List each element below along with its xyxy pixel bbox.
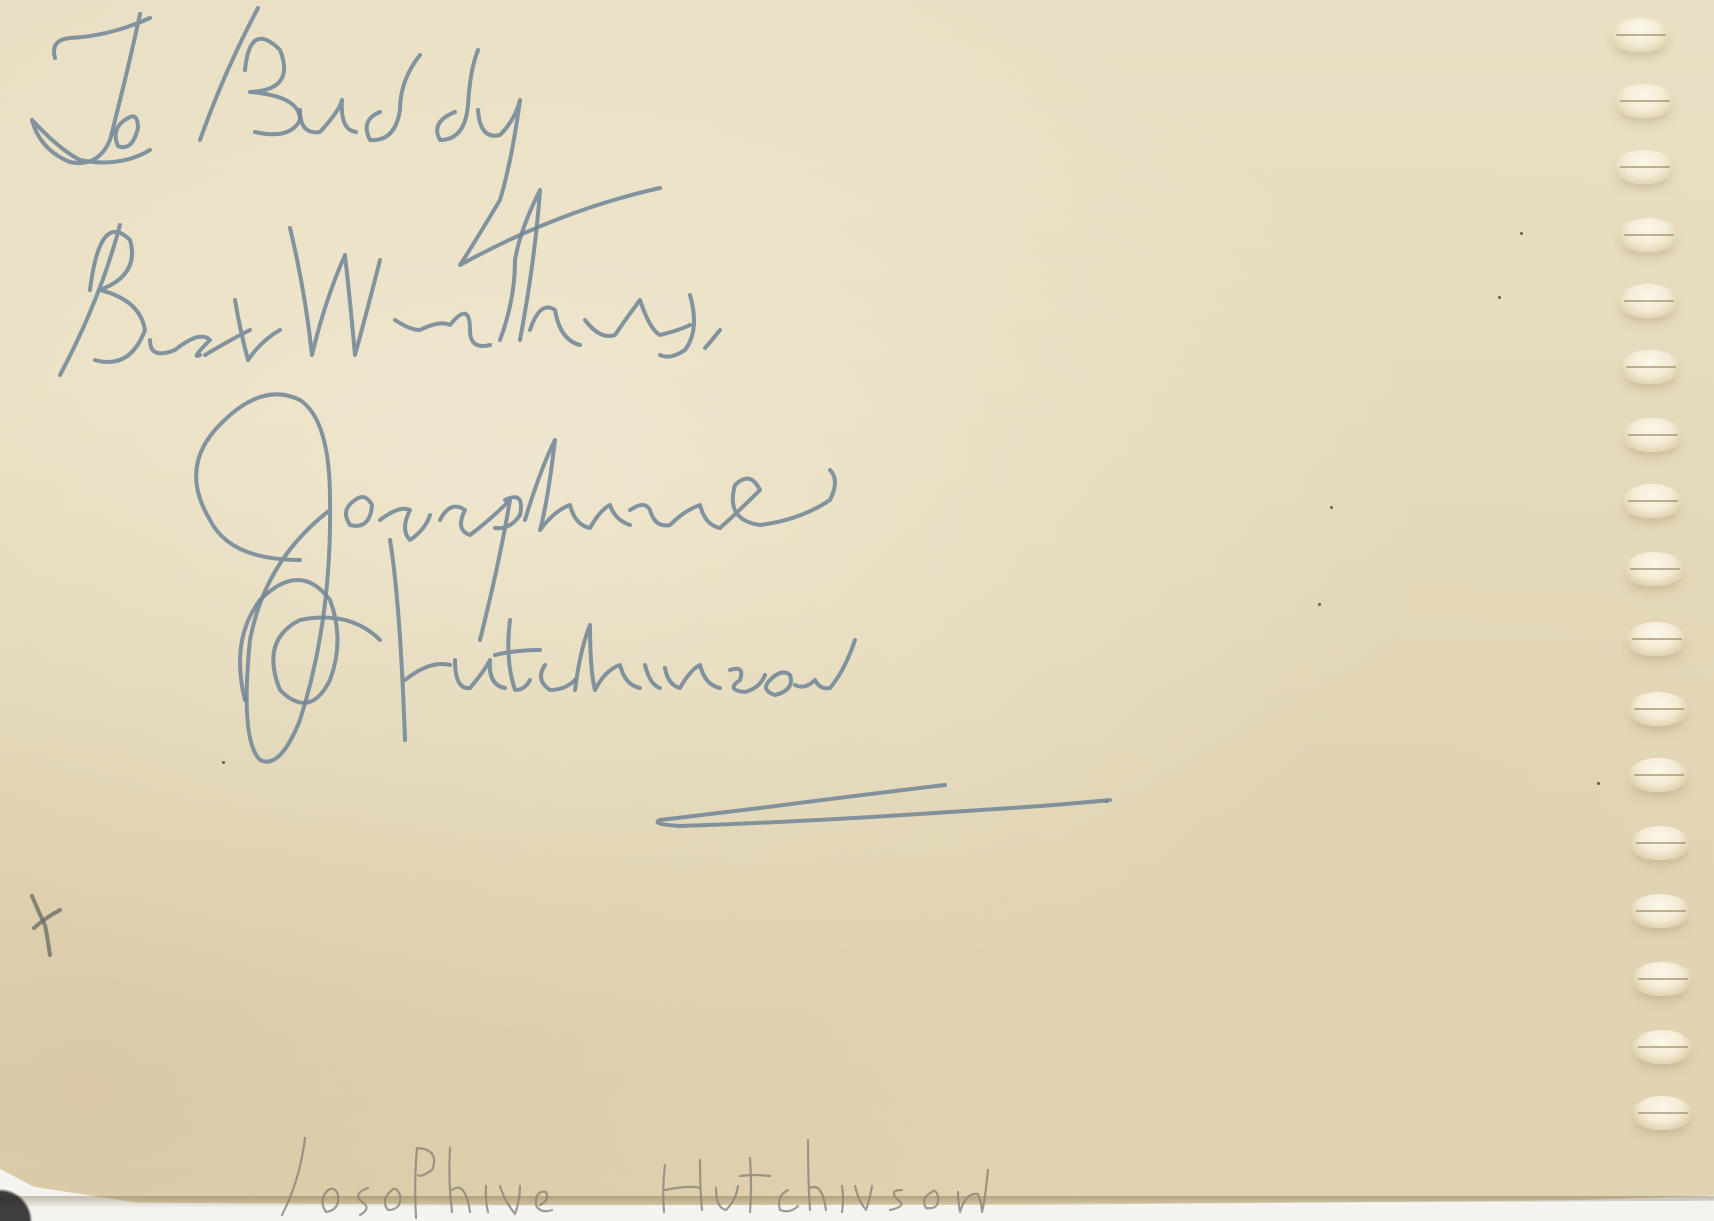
- perforation-hole: [1632, 1030, 1692, 1064]
- paper-speck: [222, 761, 225, 764]
- perforation-hole: [1628, 692, 1688, 726]
- perforation-hole: [1622, 418, 1682, 452]
- paper-speck: [1330, 506, 1333, 509]
- perforation-hole: [1626, 622, 1686, 656]
- perforation-hole: [1632, 1096, 1692, 1130]
- inscription-line-best-wishes: Best Wishes,: [130, 215, 842, 343]
- perforation-hole: [1620, 350, 1680, 384]
- perforation-hole: [1610, 18, 1670, 52]
- perforation-hole: [1624, 552, 1684, 586]
- perforation-hole: [1614, 150, 1674, 184]
- perforation-hole: [1618, 284, 1678, 318]
- paper-speck: [1105, 800, 1108, 803]
- spiral-binding-perforations: [1584, 0, 1714, 1205]
- signature-last-name: Hutchinson: [260, 580, 845, 697]
- perforation-hole: [1614, 84, 1674, 118]
- paper-speck: [1498, 296, 1501, 299]
- perforation-hole: [1630, 826, 1690, 860]
- perforation-hole: [1622, 484, 1682, 518]
- perforation-hole: [1632, 962, 1692, 996]
- perforation-hole: [1628, 758, 1688, 792]
- margin-mark-text: x: [30, 890, 64, 960]
- perforation-hole: [1618, 218, 1678, 252]
- paper-speck: [1520, 232, 1523, 235]
- inscription-line-to-buddy: To Buddy: [70, 20, 638, 159]
- perforation-hole: [1630, 894, 1690, 928]
- pencil-caption: Josophine Hutchinson: [272, 1130, 1178, 1198]
- paper-speck: [1318, 603, 1321, 606]
- autograph-paper: [0, 0, 1714, 1205]
- paper-corner-shadow: [0, 1170, 40, 1221]
- scanned-page: To Buddy Best Wishes, Josephine Hutchins…: [0, 0, 1714, 1221]
- signature-first-name: Josephine: [200, 420, 695, 537]
